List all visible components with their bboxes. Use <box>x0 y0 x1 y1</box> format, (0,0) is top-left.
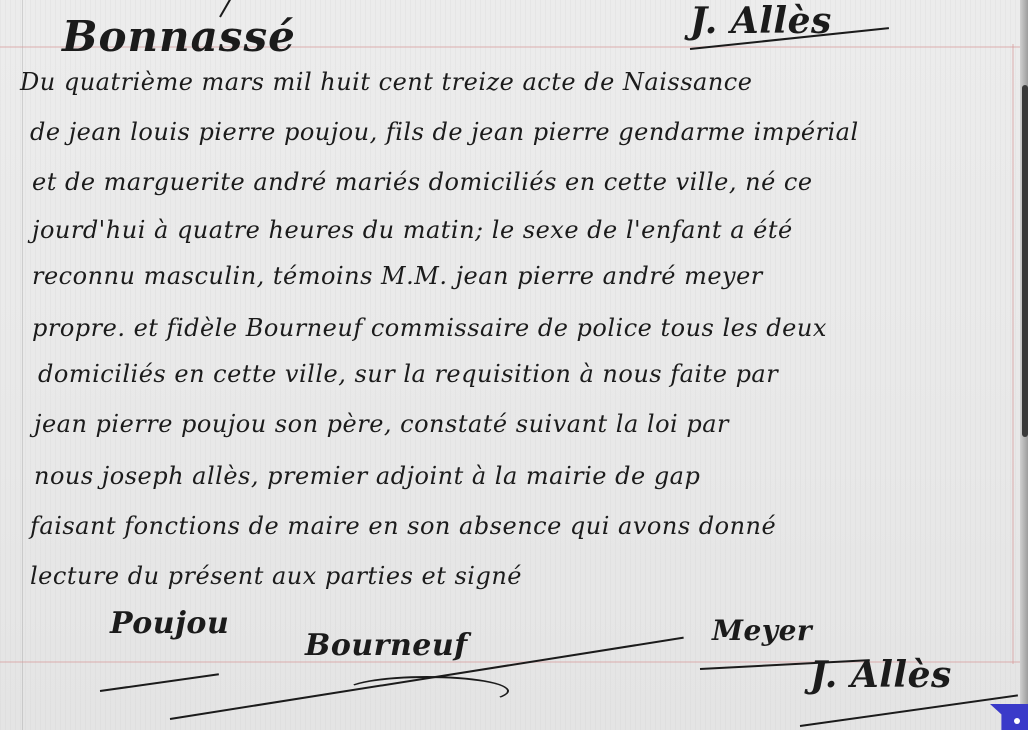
record-line-3: et de marguerite andré mariés domiciliés… <box>32 168 813 196</box>
signature-bourneuf: Bourneuf <box>305 628 468 663</box>
signature-poujou-flourish <box>100 673 219 692</box>
record-line-10: faisant fonctions de maire en son absenc… <box>30 512 776 540</box>
record-line-8: jean pierre poujou son père, constaté su… <box>34 410 729 438</box>
document-viewer: — — — Bonnassé J. Allès Du quatrième mar… <box>0 0 1028 730</box>
record-line-9: nous joseph allès, premier adjoint à la … <box>34 462 700 490</box>
signature-alles-flourish <box>800 694 1018 727</box>
page-left-margin-line <box>22 0 23 730</box>
signature-poujou: Poujou <box>110 606 229 641</box>
cut-off-previous-line: — — — <box>30 0 113 11</box>
margin-name: Bonnassé <box>62 12 296 61</box>
signature-alles: J. Allès <box>810 654 952 696</box>
record-line-1: Du quatrième mars mil huit cent treize a… <box>20 68 752 96</box>
page-navigation-widget[interactable] <box>990 704 1028 730</box>
navigation-dot-icon[interactable] <box>1014 718 1020 724</box>
record-line-5: reconnu masculin, témoins M.M. jean pier… <box>32 262 763 290</box>
signature-bourneuf-loop <box>345 676 509 706</box>
record-line-6: propre. et fidèle Bourneuf commissaire d… <box>32 314 827 342</box>
record-line-11: lecture du présent aux parties et signé <box>30 562 522 590</box>
vertical-scrollbar[interactable] <box>1022 85 1028 437</box>
record-line-2: de jean louis pierre poujou, fils de jea… <box>30 118 859 146</box>
record-line-7: domiciliés en cette ville, sur la requis… <box>38 360 778 388</box>
ruled-line-right-margin <box>1012 44 1014 664</box>
signature-meyer: Meyer <box>712 614 812 647</box>
record-line-4: jourd'hui à quatre heures du matin; le s… <box>32 216 793 244</box>
